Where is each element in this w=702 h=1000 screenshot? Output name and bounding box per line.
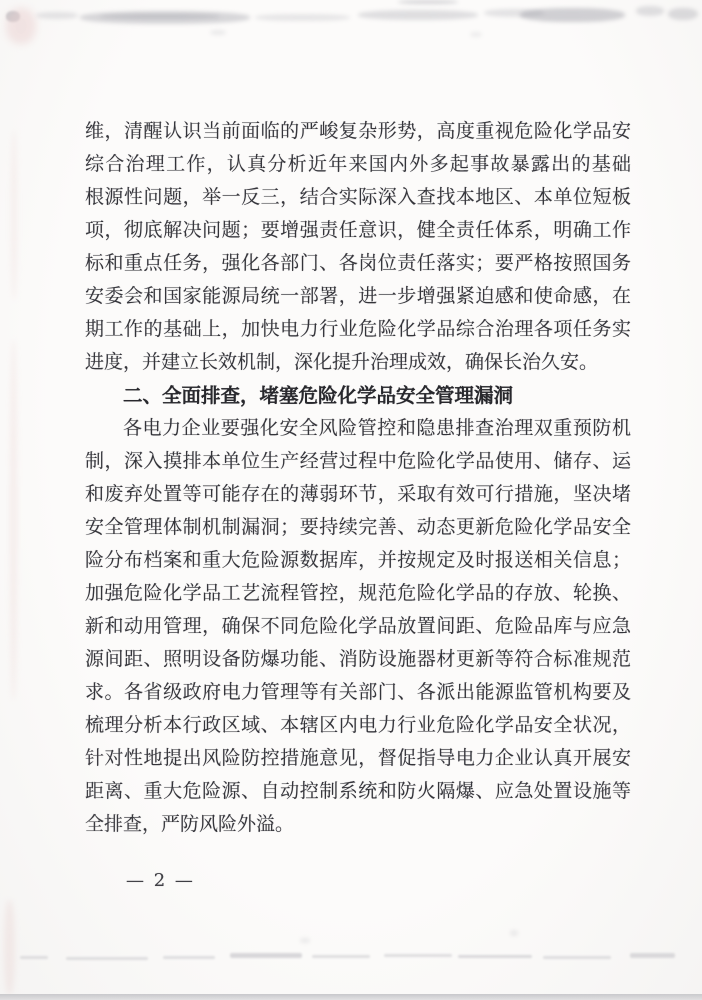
bleedthrough-smudge <box>210 30 226 35</box>
section-heading: 二、全面排查，堵塞危险化学品安全管理漏洞 <box>85 379 631 412</box>
bleedthrough-smudge <box>312 955 370 958</box>
text-line: 安委会和国家能源局统一部署，进一步增强紧迫感和使命感，在前 <box>85 280 631 313</box>
bleedthrough-smudge <box>66 957 148 960</box>
text-line: 标和重点任务，强化各部门、各岗位责任落实；要严格按照国务院 <box>85 247 631 280</box>
bleedthrough-smudge <box>398 0 458 4</box>
scan-edge-streak <box>4 900 15 995</box>
bleedthrough-smudge <box>300 938 310 943</box>
bleedthrough-smudge <box>384 954 452 957</box>
text-line: 进度，并建立长效机制，深化提升治理成效，确保长治久安。 <box>85 346 631 379</box>
scan-edge-streak <box>11 130 17 300</box>
bleedthrough-smudge <box>630 953 675 958</box>
scanned-document-page: 维，清醒认识当前面临的严峻复杂形势，高度重视危险化学品安全 综合治理工作，认真分… <box>0 0 702 1000</box>
text-line: 和废弃处置等可能存在的薄弱环节，采取有效可行措施，坚决堵塞 <box>85 478 631 511</box>
bleedthrough-smudge <box>668 8 698 20</box>
text-line: 根源性问题，举一反三，结合实际深入查找本地区、本单位短板弱 <box>85 181 631 214</box>
text-line: 各电力企业要强化安全风险管控和隐患排查治理双重预防机 <box>85 412 631 445</box>
text-line: 制，深入摸排本单位生产经营过程中危险化学品使用、储存、运输 <box>85 445 631 478</box>
bleedthrough-smudge <box>230 953 302 958</box>
text-line: 针对性地提出风险防控措施意见，督促指导电力企业认真开展安全 <box>85 742 631 775</box>
bleedthrough-smudge <box>510 930 518 936</box>
bleedthrough-smudge <box>484 9 544 17</box>
text-line: 梳理分析本行政区域、本辖区内电力行业危险化学品安全状况，有 <box>85 709 631 742</box>
bleedthrough-smudge <box>458 955 532 958</box>
text-line: 安全管理体制机制漏洞；要持续完善、动态更新危险化学品安全风 <box>85 511 631 544</box>
text-line: 期工作的基础上，加快电力行业危险化学品综合治理各项任务实施 <box>85 313 631 346</box>
text-line: 综合治理工作，认真分析近年来国内外多起事故暴露出的基础性、 <box>85 148 631 181</box>
text-line: 新和动用管理，确保不同危险化学品放置间距、危险品库与应急电 <box>85 610 631 643</box>
scan-edge-strip <box>0 994 702 1000</box>
bleedthrough-smudge <box>6 8 36 44</box>
text-line: 距离、重大危险源、自动控制系统和防火隔爆、应急处置设施等安 <box>85 775 631 808</box>
bleedthrough-smudge <box>543 956 611 959</box>
text-line: 维，清醒认识当前面临的严峻复杂形势，高度重视危险化学品安全 <box>85 115 631 148</box>
text-line: 险分布档案和重大危险源数据库，并按规定及时报送相关信息；要 <box>85 544 631 577</box>
bleedthrough-smudge <box>520 8 625 22</box>
bleedthrough-smudge <box>20 956 48 959</box>
bleedthrough-smudge <box>100 14 220 19</box>
bleedthrough-smudge <box>358 10 478 20</box>
scan-edge-streak <box>10 340 17 700</box>
text-line: 加强危险化学品工艺流程管控，规范危险化学品的存放、轮换、更 <box>85 577 631 610</box>
bleedthrough-smudge <box>470 32 482 37</box>
bleedthrough-smudge <box>636 6 664 16</box>
text-line: 项，彻底解决问题；要增强责任意识，健全责任体系，明确工作目 <box>85 214 631 247</box>
bleedthrough-smudge <box>36 12 78 19</box>
document-body: 维，清醒认识当前面临的严峻复杂形势，高度重视危险化学品安全 综合治理工作，认真分… <box>85 115 631 841</box>
text-line: 全排查，严防风险外溢。 <box>85 808 631 841</box>
text-line: 源间距、照明设备防爆功能、消防设施器材更新等符合标准规范要 <box>85 643 631 676</box>
page-number: — 2 — <box>126 870 195 891</box>
bleedthrough-smudge <box>255 14 350 21</box>
bleedthrough-smudge <box>6 11 20 22</box>
bleedthrough-smudge <box>80 11 250 24</box>
text-line: 求。各省级政府电力管理等有关部门、各派出能源监管机构要及时 <box>85 676 631 709</box>
bleedthrough-smudge <box>163 956 215 959</box>
